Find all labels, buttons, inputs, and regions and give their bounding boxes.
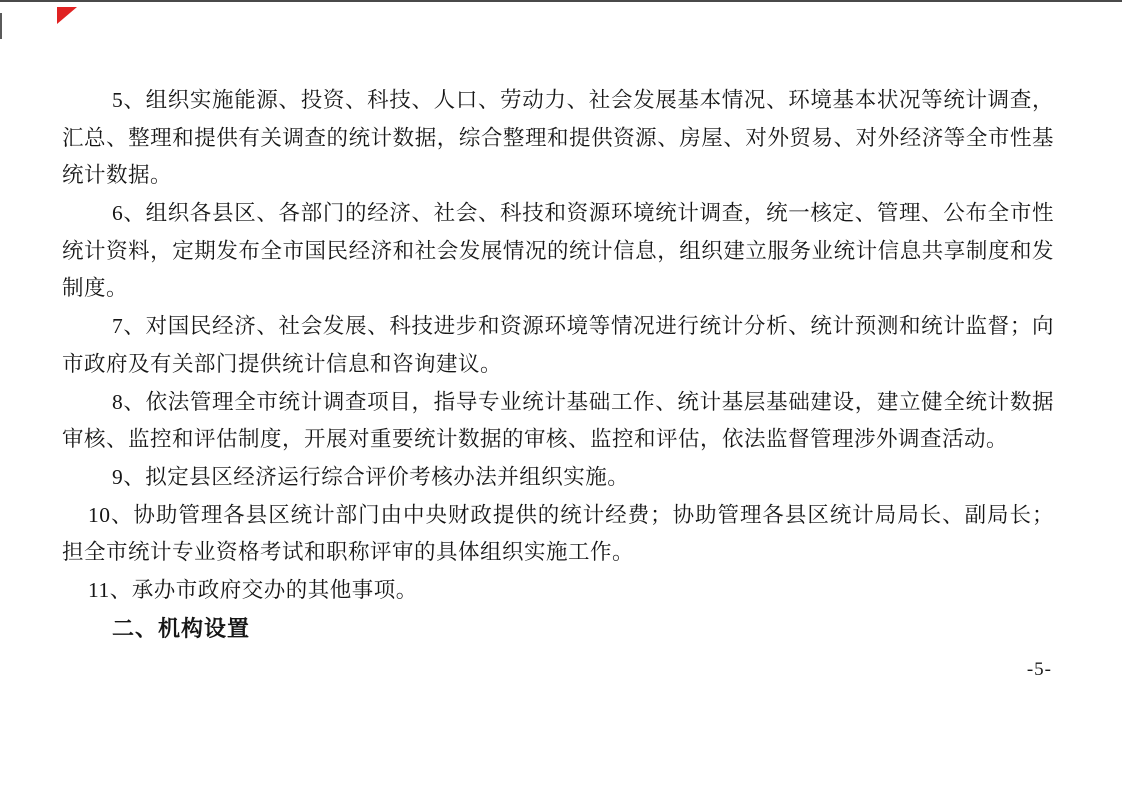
- item-11-line-1: 11、承办市政府交办的其他事项。: [62, 572, 1054, 610]
- item-8-line-1: 8、依法管理全市统计调查项目，指导专业统计基础工作、统计基层基础建设，建立健全统…: [62, 384, 1054, 422]
- red-corner-mark: [57, 7, 77, 24]
- item-5-line-1: 5、组织实施能源、投资、科技、人口、劳动力、社会发展基本情况、环境基本状况等统计…: [62, 82, 1054, 120]
- page-number: -5-: [1027, 659, 1052, 681]
- top-rule: [0, 0, 1122, 2]
- item-6-line-1: 6、组织各县区、各部门的经济、社会、科技和资源环境统计调查，统一核定、管理、公布…: [62, 195, 1054, 233]
- document-page: 5、组织实施能源、投资、科技、人口、劳动力、社会发展基本情况、环境基本状况等统计…: [0, 0, 1122, 793]
- left-edge-mark: [0, 13, 2, 39]
- page-content: 5、组织实施能源、投资、科技、人口、劳动力、社会发展基本情况、环境基本状况等统计…: [62, 82, 1054, 647]
- item-5-line-3: 统计数据。: [62, 157, 1054, 195]
- item-7-line-2: 市政府及有关部门提供统计信息和咨询建议。: [62, 346, 1054, 384]
- item-6-line-2: 统计资料，定期发布全市国民经济和社会发展情况的统计信息，组织建立服务业统计信息共…: [62, 233, 1054, 271]
- section-heading-line-1: 二、机构设置: [62, 610, 1054, 648]
- item-5-line-2: 汇总、整理和提供有关调查的统计数据，综合整理和提供资源、房屋、对外贸易、对外经济…: [62, 120, 1054, 158]
- item-10-line-1: 10、协助管理各县区统计部门由中央财政提供的统计经费；协助管理各县区统计局局长、…: [62, 497, 1054, 535]
- item-7-line-1: 7、对国民经济、社会发展、科技进步和资源环境等情况进行统计分析、统计预测和统计监…: [62, 308, 1054, 346]
- item-9-line-1: 9、拟定县区经济运行综合评价考核办法并组织实施。: [62, 459, 1054, 497]
- item-10-line-2: 担全市统计专业资格考试和职称评审的具体组织实施工作。: [62, 534, 1054, 572]
- item-8-line-2: 审核、监控和评估制度，开展对重要统计数据的审核、监控和评估，依法监督管理涉外调查…: [62, 421, 1054, 459]
- item-6-line-3: 制度。: [62, 270, 1054, 308]
